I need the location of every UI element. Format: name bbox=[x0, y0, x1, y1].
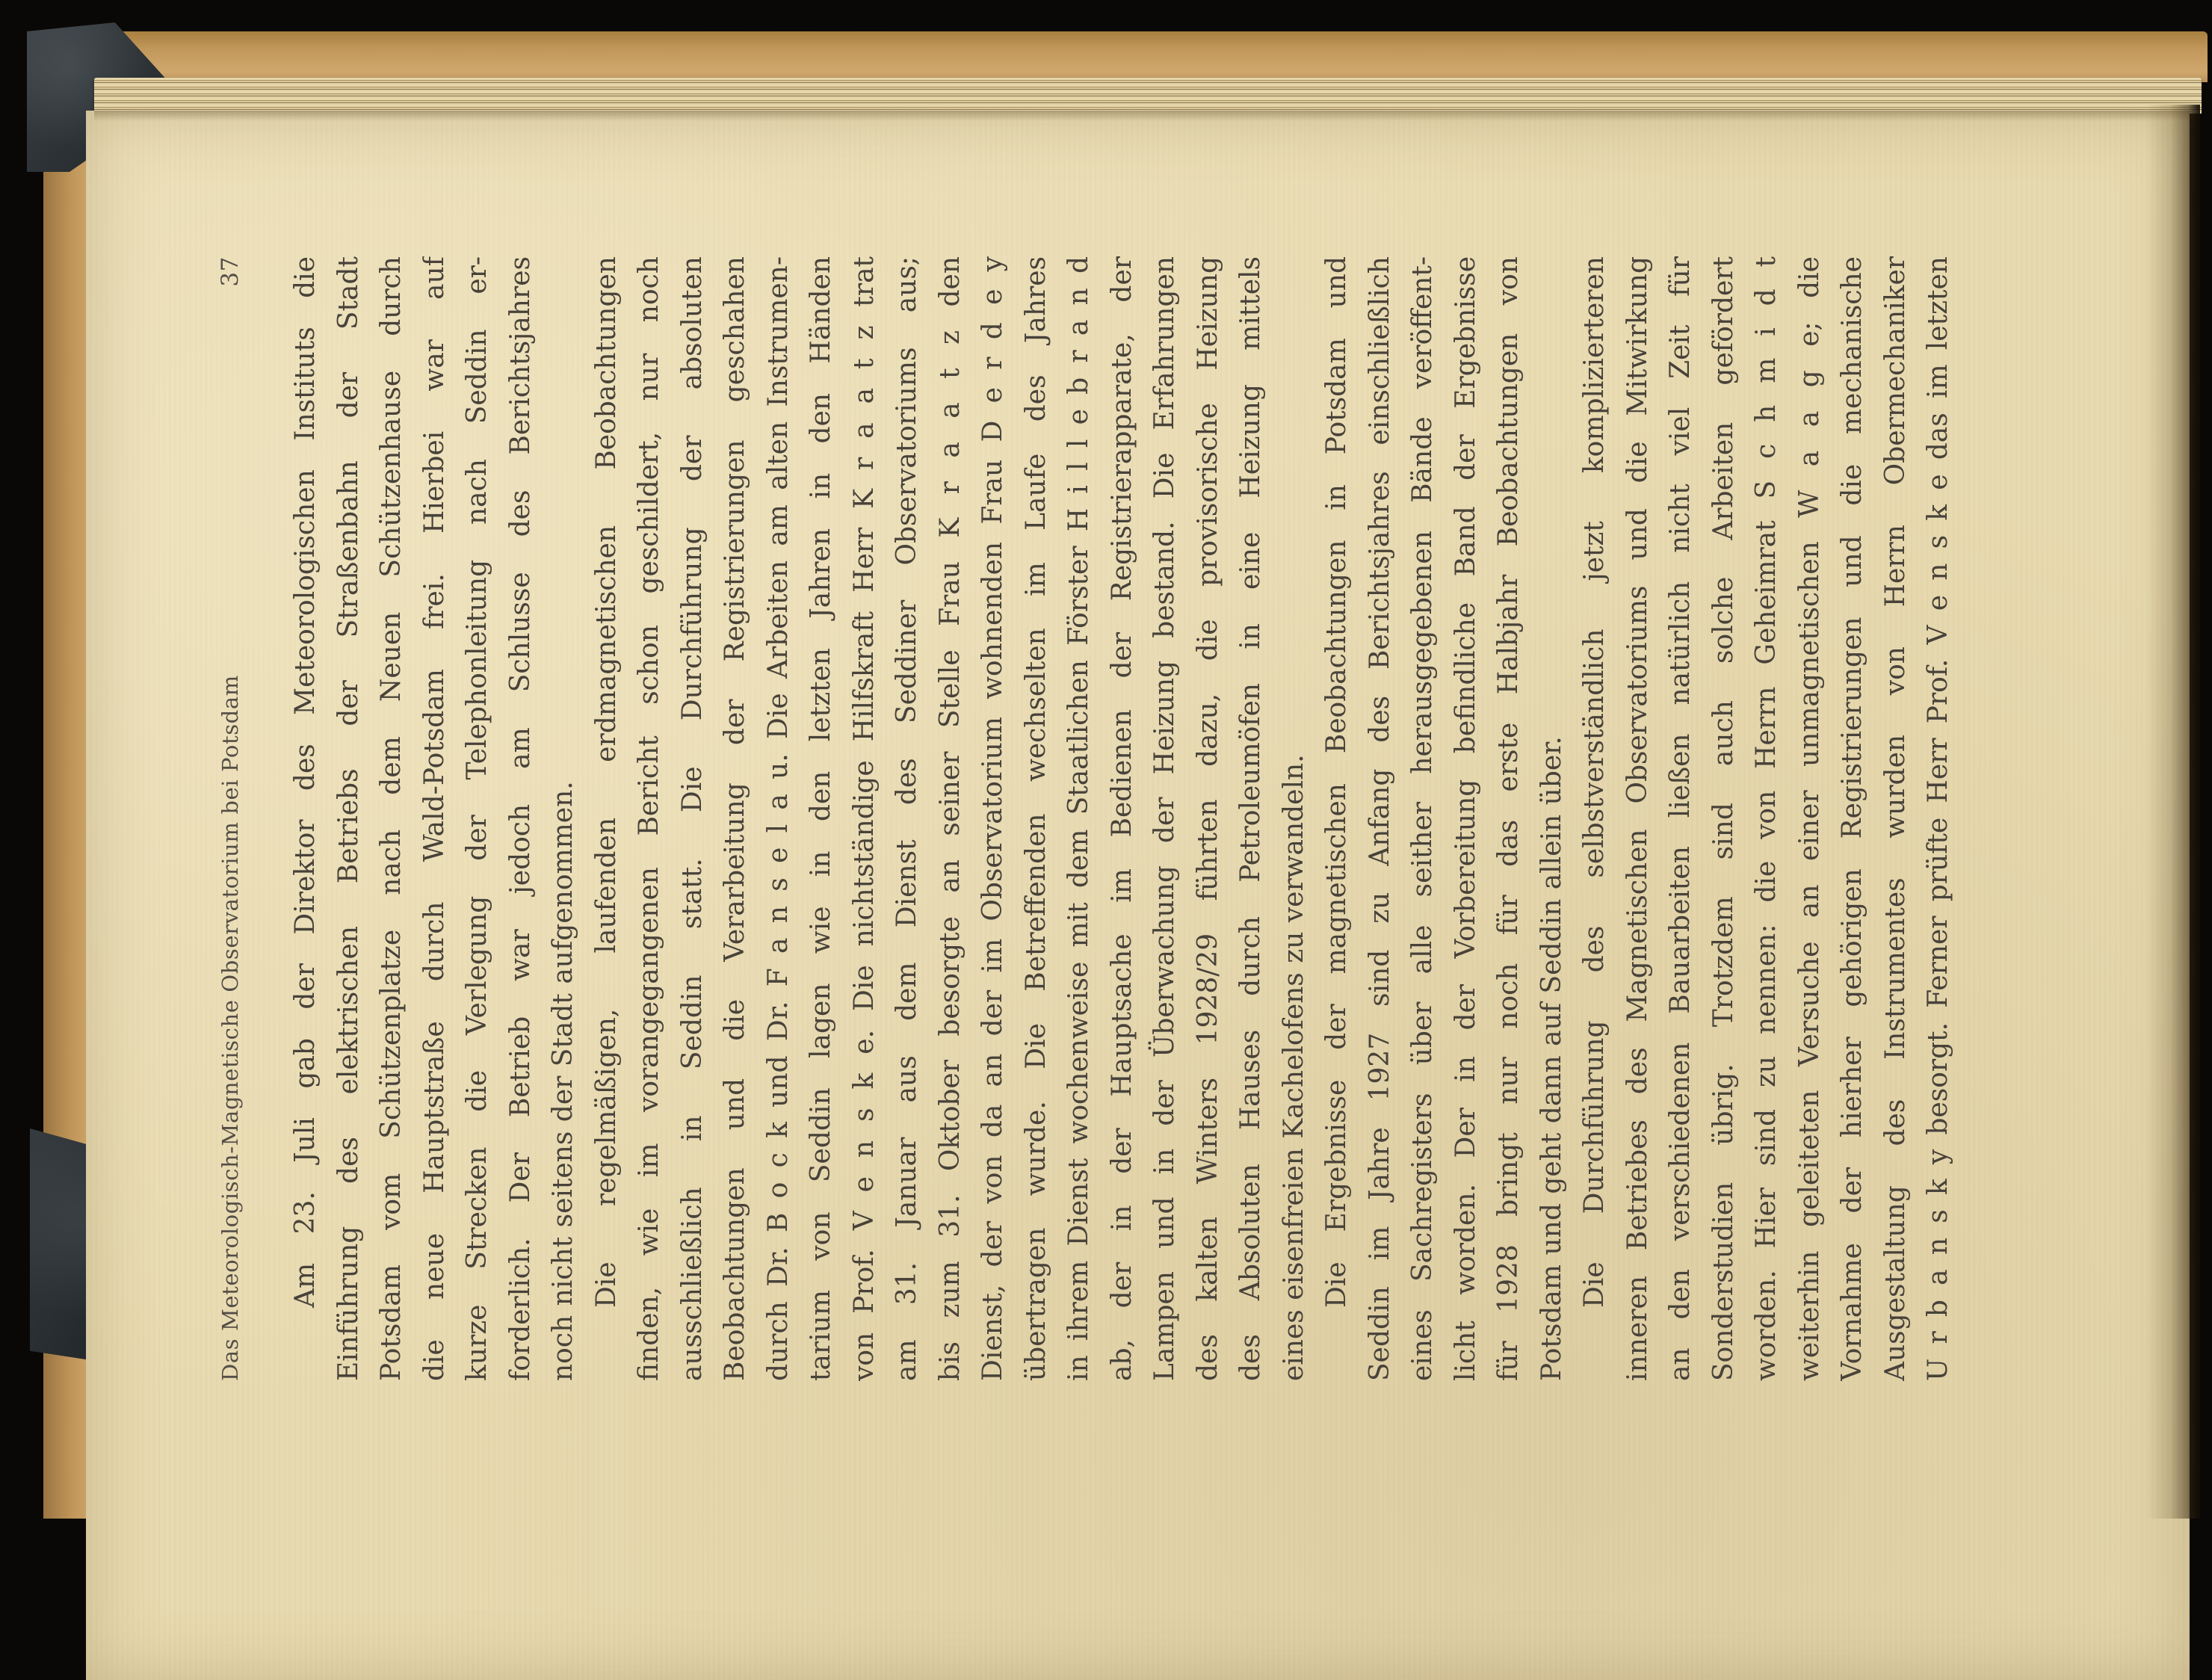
text-line: Ausgestaltung des Instrumentes wurden vo… bbox=[1874, 256, 1918, 1381]
text-line: Beobachtungen und die Verarbeitung der R… bbox=[714, 256, 757, 1381]
text-line: Am 23. Juli gab der Direktor des Meteoro… bbox=[284, 256, 327, 1381]
running-head: Das Meteorologisch-Magnetische Observato… bbox=[217, 256, 244, 1381]
text-line: des Absoluten Hauses durch Petroleumöfen… bbox=[1229, 256, 1273, 1381]
paragraph: Die Durchführung des selbstverständlich … bbox=[1573, 256, 1960, 1381]
text-line: Potsdam und geht dann auf Seddin allein … bbox=[1530, 256, 1574, 1381]
text-line: Einführung des elektrischen Betriebs der… bbox=[327, 256, 371, 1381]
text-line: Potsdam vom Schützenplatze nach dem Neue… bbox=[370, 256, 413, 1381]
text-line: finden, wie im vorangegangenen Bericht s… bbox=[628, 256, 671, 1381]
text-line: Dienst, der von da an der im Observatori… bbox=[971, 256, 1015, 1381]
book-board-edge-top bbox=[69, 31, 2208, 82]
text-line: an den verschiedenen Bauarbeiten ließen … bbox=[1659, 256, 1702, 1381]
photo-background: Das Meteorologisch-Magnetische Observato… bbox=[0, 0, 2212, 1519]
text-line: Seddin im Jahre 1927 sind zu Anfang des … bbox=[1359, 256, 1402, 1381]
text-line: noch nicht seitens der Stadt aufgenommen… bbox=[542, 256, 585, 1381]
text-line: eines eisenfreien Kachelofens zu verwand… bbox=[1273, 256, 1316, 1381]
paragraph: Die Ergebnisse der magnetischen Beobacht… bbox=[1315, 256, 1573, 1381]
paragraph: Am 23. Juli gab der Direktor des Meteoro… bbox=[284, 256, 585, 1381]
page-number: 37 bbox=[217, 256, 244, 287]
text-line: für 1928 bringt nur noch für das erste H… bbox=[1487, 256, 1530, 1381]
paragraph: Die regelmäßigen, laufenden erdmagnetisc… bbox=[585, 256, 1316, 1381]
text-line: in ihrem Dienst wochenweise mit dem Staa… bbox=[1057, 256, 1101, 1381]
running-head-title: Das Meteorologisch-Magnetische Observato… bbox=[217, 675, 243, 1381]
body-text: Am 23. Juli gab der Direktor des Meteoro… bbox=[284, 256, 1960, 1381]
text-line: ab, der in der Hauptsache im Bedienen de… bbox=[1101, 256, 1144, 1381]
text-line: Lampen und in der Überwachung der Heizun… bbox=[1143, 256, 1187, 1381]
text-line: ausschließlich in Seddin statt. Die Durc… bbox=[671, 256, 714, 1381]
page-edge-stack bbox=[94, 78, 2202, 114]
text-line: eines Sachregisters über alle seither he… bbox=[1401, 256, 1445, 1381]
text-line: forderlich. Der Betrieb war jedoch am Sc… bbox=[499, 256, 543, 1381]
text-line: bis zum 31. Oktober besorgte an seiner S… bbox=[929, 256, 972, 1381]
text-line: des kalten Winters 1928/29 führten dazu,… bbox=[1187, 256, 1230, 1381]
text-line: Die regelmäßigen, laufenden erdmagnetisc… bbox=[585, 256, 628, 1381]
text-line: Die Ergebnisse der magnetischen Beobacht… bbox=[1315, 256, 1359, 1381]
text-line: Sonderstudien übrig. Trotzdem sind auch … bbox=[1702, 256, 1746, 1381]
text-line: licht worden. Der in der Vorbereitung be… bbox=[1445, 256, 1488, 1381]
text-line: von Prof. V e n s k e. Die nichtständige… bbox=[843, 256, 886, 1381]
text-line: Die Durchführung des selbstverständlich … bbox=[1573, 256, 1616, 1381]
text-line: worden. Hier sind zu nennen: die von Her… bbox=[1745, 256, 1788, 1381]
text-line: durch Dr. B o c k und Dr. F a n s e l a … bbox=[757, 256, 800, 1381]
text-line: tarium von Seddin lagen wie in den letzt… bbox=[800, 256, 843, 1381]
text-line: am 31. Januar aus dem Dienst des Seddine… bbox=[886, 256, 929, 1381]
text-line: übertragen wurde. Die Betreffenden wechs… bbox=[1015, 256, 1058, 1381]
text-line: kurze Strecken die Verlegung der Telepho… bbox=[456, 256, 499, 1381]
text-line: U r b a n s k y besorgt. Ferner prüfte H… bbox=[1917, 256, 1960, 1381]
book-page: Das Meteorologisch-Magnetische Observato… bbox=[86, 111, 2190, 1519]
text-line: inneren Betriebes des Magnetischen Obser… bbox=[1616, 256, 1660, 1381]
text-line: die neue Hauptstraße durch Wald-Potsdam … bbox=[413, 256, 457, 1381]
text-line: Vornahme der hierher gehörigen Registrie… bbox=[1831, 256, 1874, 1381]
text-line: weiterhin geleiteten Versuche an einer u… bbox=[1788, 256, 1832, 1381]
